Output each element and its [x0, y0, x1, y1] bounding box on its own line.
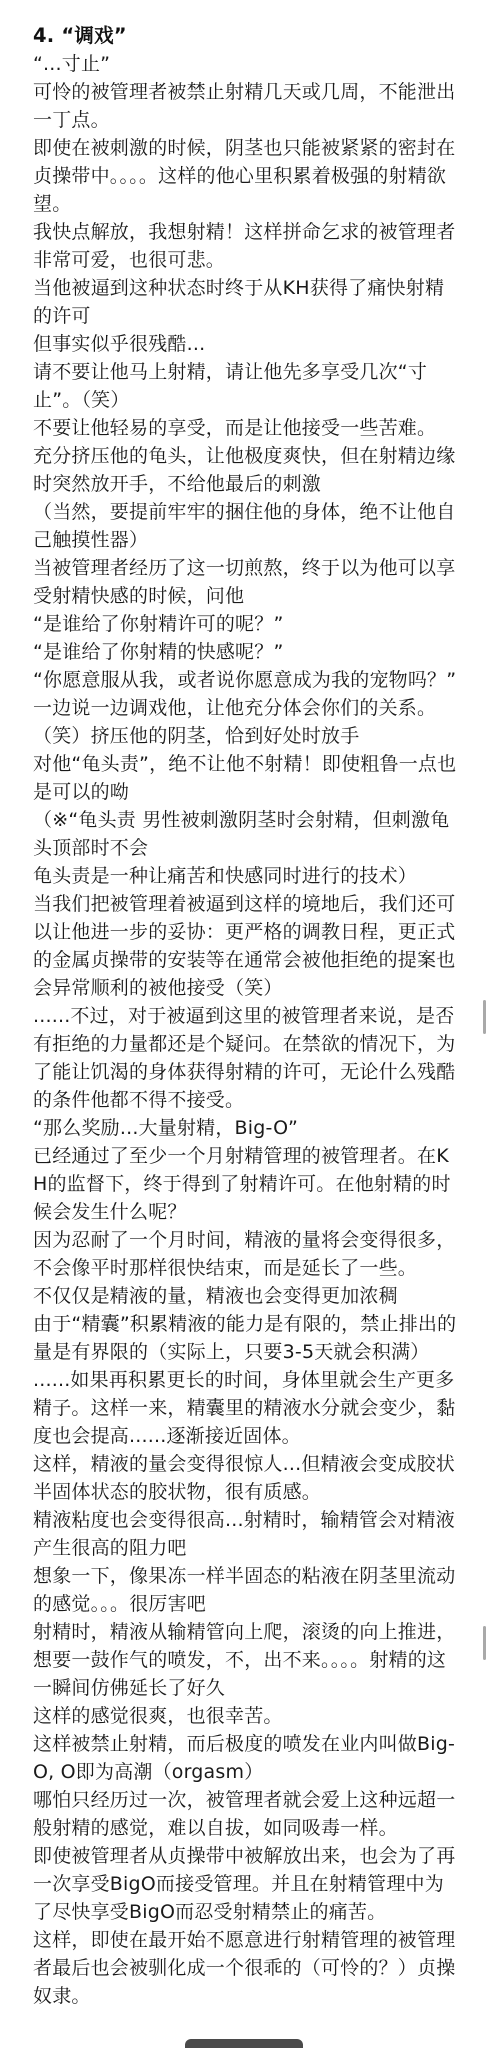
- paragraph: 充分挤压他的龟头，让他极度爽快，但在射精边缘时突然放开手，不给他最后的刺激: [33, 442, 457, 498]
- paragraph: （当然，要提前牢牢的捆住他的身体，绝不让他自己触摸性器）: [33, 498, 457, 554]
- paragraph-list: “...寸止”可怜的被管理者被禁止射精几天或几周，不能泄出一丁点。即使在被刺激的…: [33, 50, 457, 2010]
- paragraph: ......不过，对于被逼到这里的被管理者来说，是否有拒绝的力量都还是个疑问。在…: [33, 1002, 457, 1114]
- paragraph: 这样，即使在最开始不愿意进行射精管理的被管理者最后也会被驯化成一个很乖的（可怜的…: [33, 1926, 457, 2010]
- paragraph: 哪怕只经历过一次，被管理者就会爱上这种远超一般射精的感觉，难以自拔，如同吸毒一样…: [33, 1786, 457, 1842]
- paragraph: 但事实似乎很残酷...: [33, 330, 457, 358]
- paragraph: 精液粘度也会变得很高...射精时，输精管会对精液产生很高的阻力吧: [33, 1506, 457, 1562]
- paragraph: 请不要让他马上射精，请让他先多享受几次“寸止”。（笑）: [33, 358, 457, 414]
- paragraph: 一边说一边调戏他，让他充分体会你们的关系。: [33, 694, 457, 722]
- paragraph: （※“龟头责 男性被刺激阴茎时会射精，但刺激龟头顶部时不会: [33, 806, 457, 862]
- paragraph: 龟头责是一种让痛苦和快感同时进行的技术）: [33, 862, 457, 890]
- paragraph: 射精时，精液从输精管向上爬，滚烫的向上推进，想要一鼓作气的喷发，不，出不来。。。…: [33, 1618, 457, 1702]
- paragraph: 这样的感觉很爽，也很幸苦。: [33, 1702, 457, 1730]
- paragraph: “你愿意服从我，或者说你愿意成为我的宠物吗？”: [33, 666, 457, 694]
- paragraph: 当他被逼到这种状态时终于从KH获得了痛快射精的许可: [33, 274, 457, 330]
- paragraph: 即使在被刺激的时候，阴茎也只能被紧紧的密封在贞操带中。。。。这样的他心里积累着极…: [33, 134, 457, 218]
- paragraph: 当被管理者经历了这一切煎熬，终于以为他可以享受射精快感的时候，问他: [33, 554, 457, 610]
- paragraph: （笑）挤压他的阴茎，恰到好处时放手: [33, 722, 457, 750]
- paragraph: “是谁给了你射精许可的呢？”: [33, 610, 457, 638]
- paragraph: 即使被管理者从贞操带中被解放出来，也会为了再一次享受BigO而接受管理。并且在射…: [33, 1842, 457, 1926]
- paragraph: “是谁给了你射精的快感呢？”: [33, 638, 457, 666]
- paragraph: 不要让他轻易的享受，而是让他接受一些苦难。: [33, 414, 457, 442]
- section-heading: 4. “调戏”: [33, 22, 457, 50]
- paragraph: 这样被禁止射精，而后极度的喷发在业内叫做Big-O, O即为高潮（orgasm）: [33, 1730, 457, 1786]
- paragraph: 想象一下，像果冻一样半固态的粘液在阴茎里流动的感觉。。。很厉害吧: [33, 1562, 457, 1618]
- paragraph: 当我们把被管理着被逼到这样的境地后，我们还可以让他进一步的妥协：更严格的调教日程…: [33, 890, 457, 1002]
- paragraph: 可怜的被管理者被禁止射精几天或几周，不能泄出一丁点。: [33, 78, 457, 134]
- paragraph: “那么奖励...大量射精，Big-O”: [33, 1114, 457, 1142]
- paragraph: 我快点解放，我想射精！这样拼命乞求的被管理者非常可爱，也很可悲。: [33, 218, 457, 274]
- paragraph: ......如果再积累更长的时间，身体里就会生产更多精子。这样一来，精囊里的精液…: [33, 1366, 457, 1450]
- paragraph: 这样，精液的量会变得很惊人...但精液会变成胶状半固体状态的胶状物，很有质感。: [33, 1450, 457, 1506]
- paragraph: 已经通过了至少一个月射精管理的被管理者。在KH的监督下，终于得到了射精许可。在他…: [33, 1142, 457, 1226]
- paragraph: 不仅仅是精液的量，精液也会变得更加浓稠: [33, 1282, 457, 1310]
- article-text-body: 4. “调戏” “...寸止”可怜的被管理者被禁止射精几天或几周，不能泄出一丁点…: [33, 22, 457, 2010]
- cut-off-bottom-button[interactable]: [185, 2039, 303, 2048]
- scrollbar-thumb[interactable]: [483, 1626, 486, 1660]
- paragraph: 因为忍耐了一个月时间，精液的量将会变得很多，不会像平时那样很快结束，而是延长了一…: [33, 1226, 457, 1282]
- scrollbar-thumb[interactable]: [483, 1000, 486, 1034]
- paragraph: 由于“精囊”积累精液的能力是有限的，禁止排出的量是有界限的（实际上，只要3-5天…: [33, 1310, 457, 1366]
- paragraph: 对他“龟头责”，绝不让他不射精！即使粗鲁一点也是可以的呦: [33, 750, 457, 806]
- paragraph: “...寸止”: [33, 50, 457, 78]
